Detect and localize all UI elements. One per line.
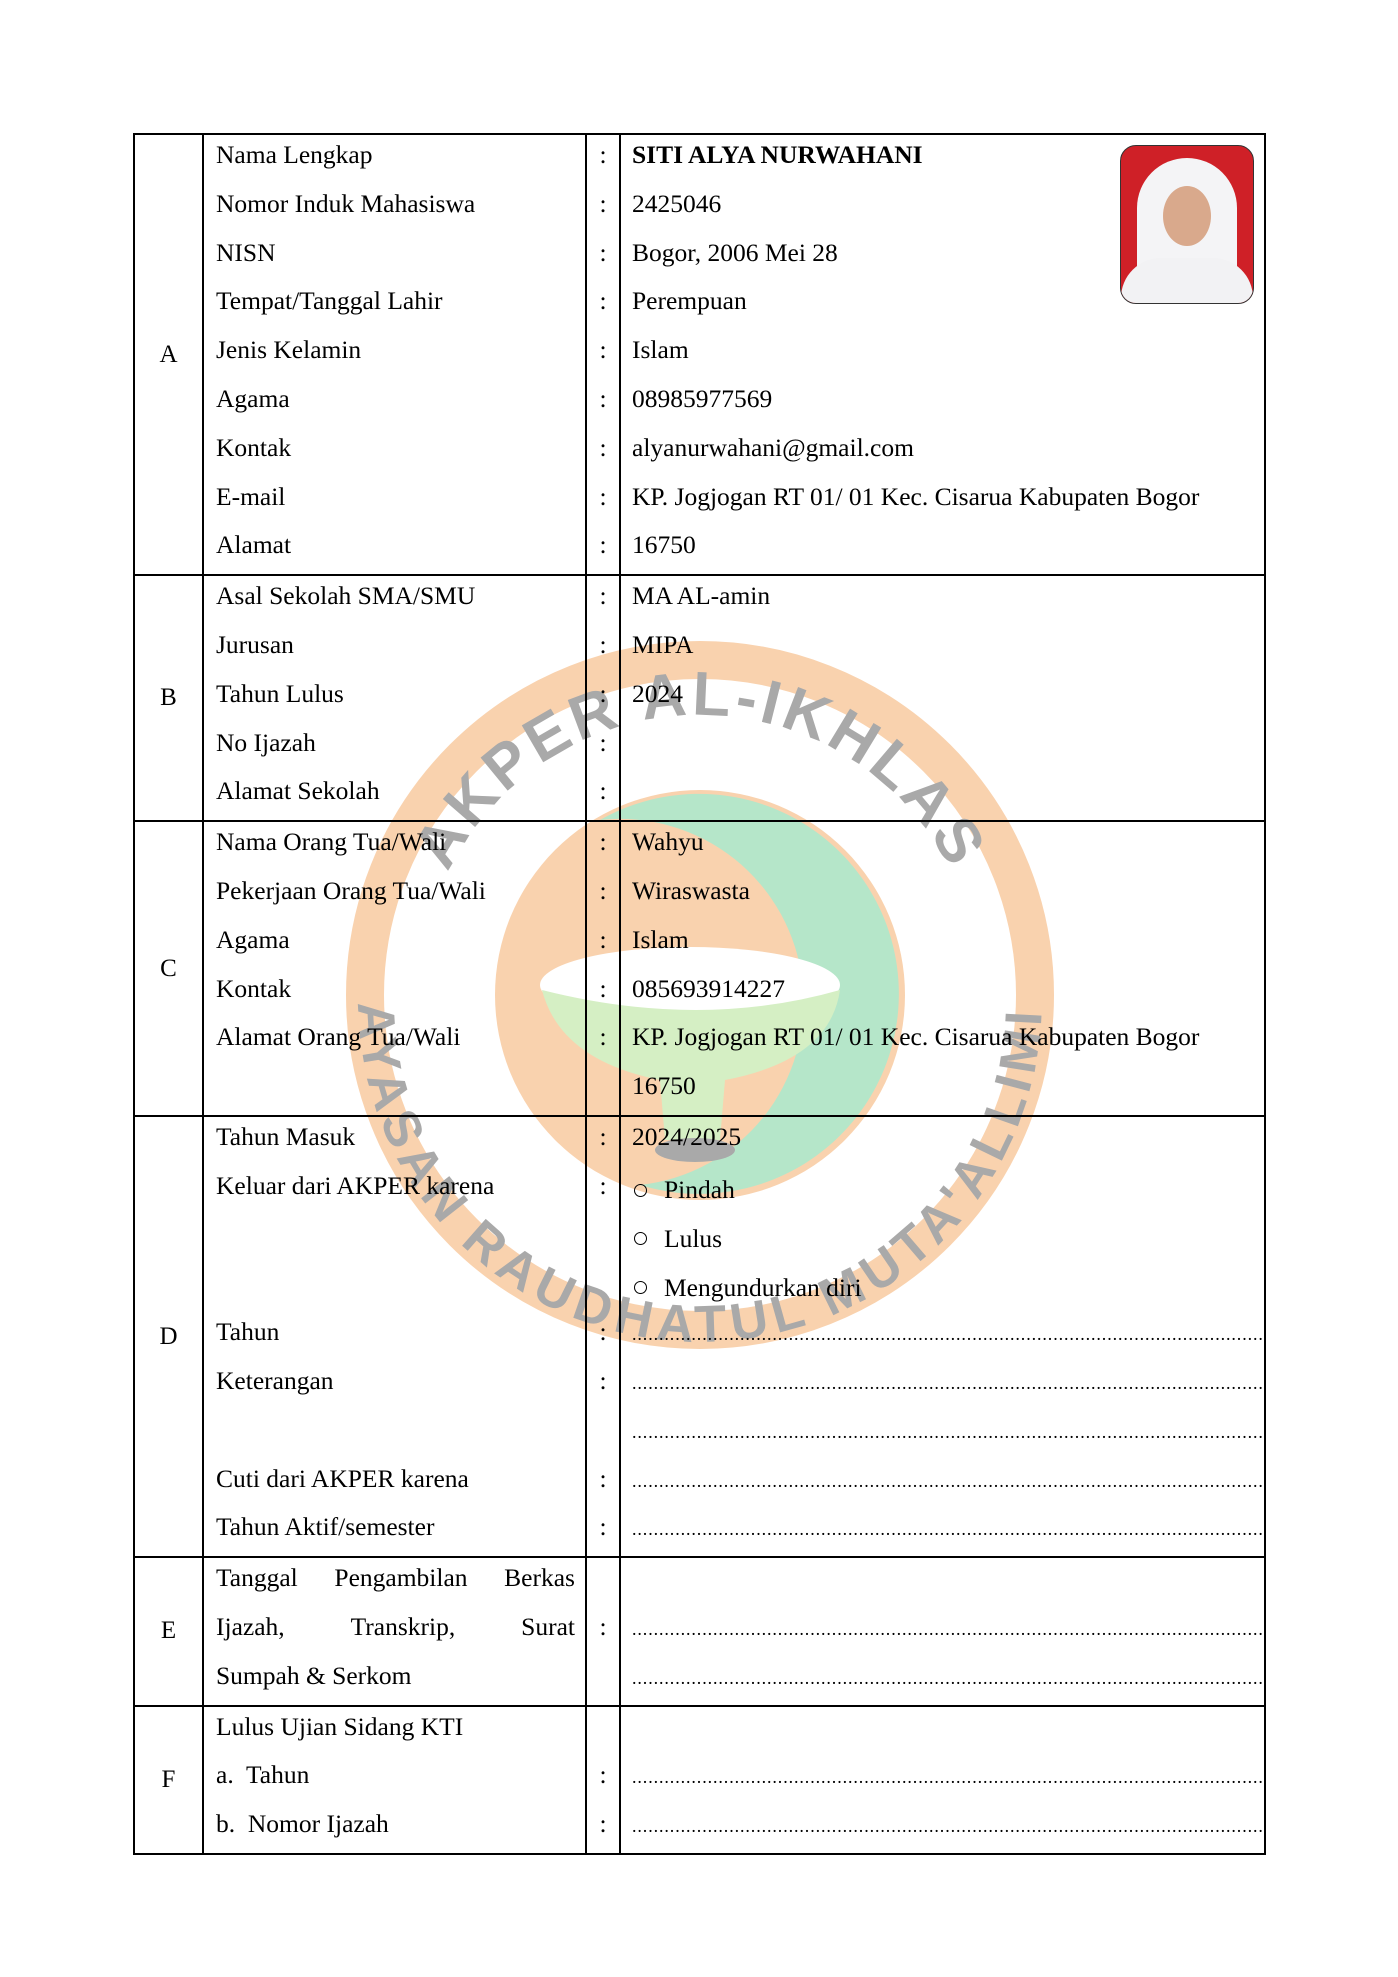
value-tahun-lulus: 2024 <box>621 674 1264 723</box>
label-agama: Agama <box>204 379 585 428</box>
label-pekerjaan-orang-tua: Pekerjaan Orang Tua/Wali <box>204 871 585 920</box>
section-a-labels: Nama Lengkap Nomor Induk Mahasiswa NISN … <box>203 134 586 575</box>
fill-line-keterangan-2[interactable] <box>621 1410 1264 1459</box>
label-lulus-sidang-kti: Lulus Ujian Sidang KTI <box>204 1707 585 1756</box>
value-jurusan: MIPA <box>621 625 1264 674</box>
label-tahun-aktif: Tahun Aktif/semester <box>204 1507 585 1556</box>
section-d-values: 2024/2025 Pindah Lulus Mengundurkan diri <box>620 1116 1265 1557</box>
colon: : <box>587 674 619 723</box>
value-alamat-postcode: 16750 <box>621 525 1264 574</box>
label-nisn: NISN <box>204 233 585 282</box>
label-jurusan: Jurusan <box>204 625 585 674</box>
section-f-labels: Lulus Ujian Sidang KTI a. Tahun b. Nomor… <box>203 1706 586 1854</box>
label-kontak: Kontak <box>204 428 585 477</box>
blank-line <box>587 1066 619 1115</box>
value-kontak-orang-tua: 085693914227 <box>621 969 1264 1018</box>
label-no-ijazah: No Ijazah <box>204 723 585 772</box>
label-nama-orang-tua: Nama Orang Tua/Wali <box>204 822 585 871</box>
blank-line <box>587 1707 619 1756</box>
label-tahun-keluar: Tahun <box>204 1312 585 1361</box>
label-word: Berkas <box>504 1558 575 1607</box>
label-word: Surat <box>521 1607 575 1656</box>
section-b-labels: Asal Sekolah SMA/SMU Jurusan Tahun Lulus… <box>203 575 586 821</box>
section-c: C Nama Orang Tua/Wali Pekerjaan Orang Tu… <box>134 821 1265 1116</box>
section-c-labels: Nama Orang Tua/Wali Pekerjaan Orang Tua/… <box>203 821 586 1116</box>
section-f: F Lulus Ujian Sidang KTI a. Tahun b. Nom… <box>134 1706 1265 1854</box>
option-mengundurkan-diri[interactable]: Mengundurkan diri <box>621 1263 1264 1312</box>
value-alamat-sekolah <box>621 771 1264 820</box>
label-tahun-kti: a. Tahun <box>204 1755 585 1804</box>
blank-line <box>204 1215 585 1264</box>
value-tahun-masuk: 2024/2025 <box>621 1117 1264 1166</box>
separator-column: : : : : : : <box>586 1116 620 1557</box>
colon: : <box>587 771 619 820</box>
radio-circle-icon <box>634 1184 647 1197</box>
separator-column: : : <box>586 1706 620 1854</box>
section-e-labels: Tanggal Pengambilan Berkas Ijazah, Trans… <box>203 1557 586 1705</box>
fill-line-tanggal-pengambilan-2[interactable] <box>621 1656 1264 1705</box>
section-letter: A <box>134 134 203 575</box>
label-nim: Nomor Induk Mahasiswa <box>204 184 585 233</box>
colon: : <box>587 969 619 1018</box>
colon: : <box>587 477 619 526</box>
colon: : <box>587 281 619 330</box>
colon: : <box>587 233 619 282</box>
label-tanggal-pengambilan: Tanggal Pengambilan Berkas <box>204 1558 585 1607</box>
blank-line <box>204 1410 585 1459</box>
separator-column: : : : : : <box>586 575 620 821</box>
colon: : <box>587 1755 619 1804</box>
option-pindah[interactable]: Pindah <box>621 1166 1264 1215</box>
fill-line-nomor-ijazah[interactable] <box>621 1804 1264 1853</box>
blank-line <box>204 1263 585 1312</box>
separator-column: : : : : : <box>586 821 620 1116</box>
blank-line <box>587 1558 619 1607</box>
value-pekerjaan-orang-tua: Wiraswasta <box>621 871 1264 920</box>
colon: : <box>587 576 619 625</box>
value-alamat-orang-tua: KP. Jogjogan RT 01/ 01 Kec. Cisarua Kabu… <box>621 1017 1264 1066</box>
radio-circle-icon <box>634 1281 647 1294</box>
label-word: Tanggal <box>216 1558 298 1607</box>
label-berkas-list: Ijazah, Transkrip, Surat <box>204 1607 585 1656</box>
blank-line <box>587 1263 619 1312</box>
label-tahun-lulus: Tahun Lulus <box>204 674 585 723</box>
label-ttl: Tempat/Tanggal Lahir <box>204 281 585 330</box>
label-cuti-karena: Cuti dari AKPER karena <box>204 1459 585 1508</box>
section-c-values: Wahyu Wiraswasta Islam 085693914227 KP. … <box>620 821 1265 1116</box>
label-sumpah-serkom: Sumpah & Serkom <box>204 1656 585 1705</box>
label-asal-sekolah: Asal Sekolah SMA/SMU <box>204 576 585 625</box>
blank-line <box>621 1558 1264 1607</box>
colon: : <box>587 135 619 184</box>
separator-column: : <box>586 1557 620 1705</box>
option-label: Lulus <box>664 1219 722 1259</box>
section-f-values <box>620 1706 1265 1854</box>
photo-face <box>1163 186 1211 246</box>
section-d: D Tahun Masuk Keluar dari AKPER karena T… <box>134 1116 1265 1557</box>
section-b-values: MA AL-amin MIPA 2024 <box>620 575 1265 821</box>
label-word: Ijazah, <box>216 1607 285 1656</box>
fill-line-tanggal-pengambilan[interactable] <box>621 1607 1264 1656</box>
section-letter: C <box>134 821 203 1116</box>
value-agama-orang-tua: Islam <box>621 920 1264 969</box>
colon: : <box>587 625 619 674</box>
colon: : <box>587 184 619 233</box>
colon: : <box>587 920 619 969</box>
fill-line-tahun[interactable] <box>621 1312 1264 1361</box>
colon: : <box>587 525 619 574</box>
label-nama-lengkap: Nama Lengkap <box>204 135 585 184</box>
label-alamat: Alamat <box>204 525 585 574</box>
colon: : <box>587 330 619 379</box>
label-keterangan: Keterangan <box>204 1361 585 1410</box>
blank-line <box>204 1066 585 1115</box>
fill-line-cuti[interactable] <box>621 1459 1264 1508</box>
value-nama-orang-tua: Wahyu <box>621 822 1264 871</box>
label-kontak-orang-tua: Kontak <box>204 969 585 1018</box>
label-alamat-sekolah: Alamat Sekolah <box>204 771 585 820</box>
colon: : <box>587 1607 619 1656</box>
section-letter: E <box>134 1557 203 1705</box>
student-photo <box>1120 145 1254 304</box>
colon: : <box>587 822 619 871</box>
separator-column: : : : : : : : : : <box>586 134 620 575</box>
colon: : <box>587 379 619 428</box>
label-nomor-ijazah: b. Nomor Ijazah <box>204 1804 585 1853</box>
fill-line-tahun-kti[interactable] <box>621 1755 1264 1804</box>
section-letter: F <box>134 1706 203 1854</box>
option-label: Pindah <box>664 1170 735 1210</box>
value-asal-sekolah: MA AL-amin <box>621 576 1264 625</box>
value-email: alyanurwahani@gmail.com <box>621 428 1264 477</box>
colon: : <box>587 1312 619 1361</box>
colon: : <box>587 1459 619 1508</box>
label-word: Transkrip, <box>351 1607 456 1656</box>
label-word: Pengambilan <box>334 1558 467 1607</box>
section-b: B Asal Sekolah SMA/SMU Jurusan Tahun Lul… <box>134 575 1265 821</box>
section-e: E Tanggal Pengambilan Berkas Ijazah, Tra… <box>134 1557 1265 1705</box>
value-agama: Islam <box>621 330 1264 379</box>
section-d-labels: Tahun Masuk Keluar dari AKPER karena Tah… <box>203 1116 586 1557</box>
blank-line <box>587 1656 619 1705</box>
fill-line-tahun-aktif[interactable] <box>621 1507 1264 1556</box>
label-keluar-karena: Keluar dari AKPER karena <box>204 1166 585 1215</box>
option-label: Mengundurkan diri <box>664 1268 862 1308</box>
section-letter: D <box>134 1116 203 1557</box>
label-agama-orang-tua: Agama <box>204 920 585 969</box>
label-email: E-mail <box>204 477 585 526</box>
fill-line-keterangan[interactable] <box>621 1361 1264 1410</box>
colon: : <box>587 1017 619 1066</box>
section-a: A Nama Lengkap Nomor Induk Mahasiswa NIS… <box>134 134 1265 575</box>
value-kontak: 08985977569 <box>621 379 1264 428</box>
colon: : <box>587 1117 619 1166</box>
blank-line <box>587 1410 619 1459</box>
colon: : <box>587 723 619 772</box>
student-data-table: A Nama Lengkap Nomor Induk Mahasiswa NIS… <box>133 133 1266 1855</box>
colon: : <box>587 871 619 920</box>
value-alamat: KP. Jogjogan RT 01/ 01 Kec. Cisarua Kabu… <box>621 477 1264 526</box>
value-no-ijazah <box>621 723 1264 772</box>
label-jenis-kelamin: Jenis Kelamin <box>204 330 585 379</box>
photo-body <box>1121 258 1253 304</box>
colon: : <box>587 428 619 477</box>
colon: : <box>587 1166 619 1215</box>
label-tahun-masuk: Tahun Masuk <box>204 1117 585 1166</box>
value-alamat-orang-tua-postcode: 16750 <box>621 1066 1264 1115</box>
radio-circle-icon <box>634 1232 647 1245</box>
colon: : <box>587 1804 619 1853</box>
colon: : <box>587 1507 619 1556</box>
option-lulus[interactable]: Lulus <box>621 1215 1264 1264</box>
colon: : <box>587 1361 619 1410</box>
blank-line <box>587 1215 619 1264</box>
section-a-values: SITI ALYA NURWAHANI 2425046 Bogor, 2006 … <box>620 134 1265 575</box>
blank-line <box>621 1707 1264 1756</box>
section-letter: B <box>134 575 203 821</box>
label-alamat-orang-tua: Alamat Orang Tua/Wali <box>204 1017 585 1066</box>
section-e-values <box>620 1557 1265 1705</box>
